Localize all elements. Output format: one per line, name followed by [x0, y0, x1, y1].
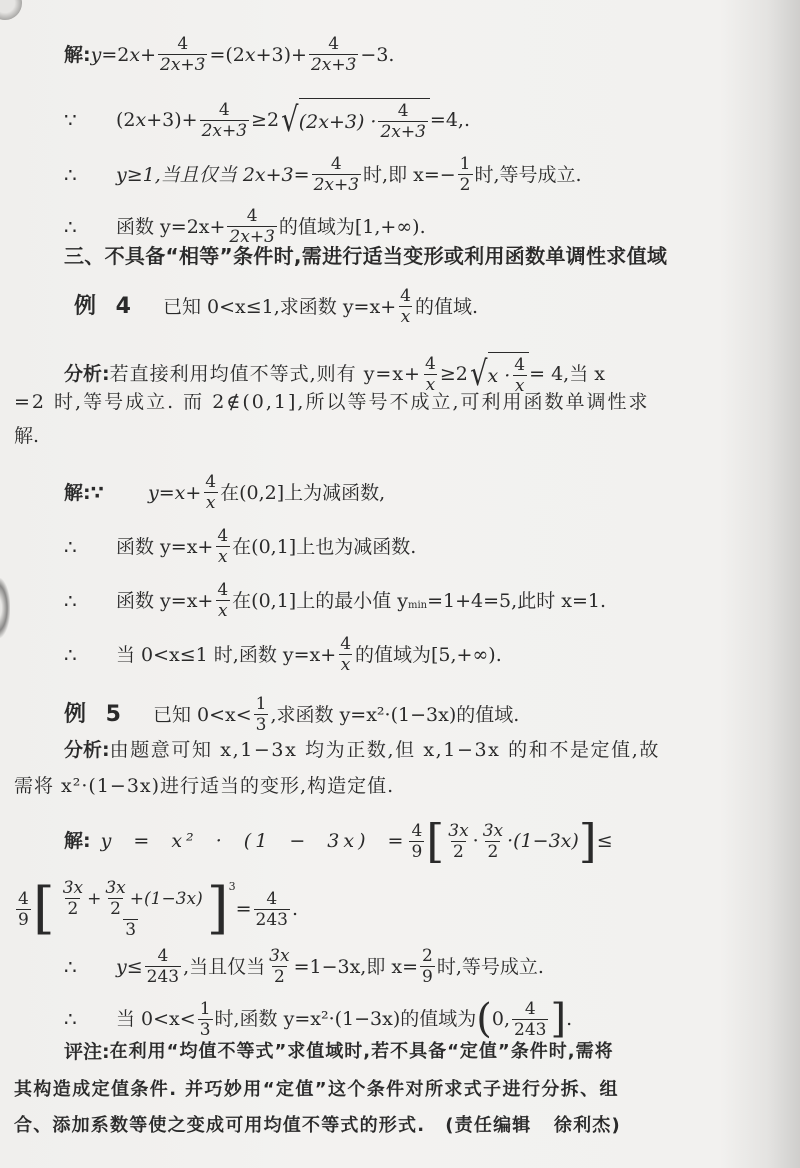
fraction: 49 [16, 889, 31, 930]
example-4-analysis-2: =2 时,等号成立. 而 2∉(0,1],所以等号不成立,可利用函数单调性求 [14, 390, 649, 414]
example-4-solution-4: ∴ 当 0<x≤1 时,函数 y=x+ 4x 的值域为[5,+∞). [64, 634, 502, 675]
fraction: 42x+3 [312, 154, 361, 195]
comment-line-3: 合、添加系数等使之变成可用均值不等式的形式. (责任编辑 徐利杰) [14, 1114, 621, 1138]
example-5-analysis-2: 需将 x²·(1−3x)进行适当的变形,构造定值. [14, 774, 394, 798]
binding-hole-top [0, 0, 22, 20]
example-5-problem: 例 5 已知 0<x< 13 ,求函数 y=x²·(1−3x)的值域. [64, 694, 519, 735]
example-5-analysis-1: 分析: 由题意可知 x,1−3x 均为正数,但 x,1−3x 的和不是定值,故 [64, 738, 660, 762]
fraction: 12 [458, 154, 473, 195]
fraction: 13 [254, 694, 269, 735]
fraction: 42x+3 [200, 100, 249, 141]
fraction: 42x+3 [309, 34, 358, 75]
example-4-analysis-3: 解. [14, 424, 39, 448]
comment-line-1: 评注: 在利用“均值不等式”求值域时,若不具备“定值”条件时,需将 [64, 1040, 614, 1064]
section-heading: 三、不具备“相等”条件时,需进行适当变形或利用函数单调性求值域 [64, 244, 667, 268]
example-4-solution-2: ∴ 函数 y=x+ 4x 在(0,1]上也为减函数. [64, 526, 416, 567]
fraction: 49 [409, 821, 424, 862]
binding-hole-side [0, 578, 10, 638]
example-5-solution-3: ∴ y≤ 4243 ,当且仅当 3x2 =1−3x,即 x= 29 时,等号成立… [64, 946, 544, 987]
solution-line-1: 解: y=2x+ 42x+3 =(2x+3)+ 42x+3 −3. [64, 34, 394, 75]
comment-line-2: 其构造成定值条件. 并巧妙用“定值”这个条件对所求式子进行分拆、组 [14, 1078, 619, 1102]
example-4-solution-1: 解:∵ y=x+ 4x 在(0,2]上为减函数, [64, 472, 385, 513]
fraction: 42x+3 [227, 206, 276, 247]
example-5-solution-1: 解: y = x² · (1 − 3x) = 49 [ 3x2· 3x2 ·(1… [64, 818, 613, 864]
editor-credit: (责任编辑 徐利杰) [445, 1114, 621, 1138]
fraction: 4x [215, 580, 230, 621]
fraction: 4x [215, 526, 230, 567]
fraction: 4x [338, 634, 353, 675]
solution-line-3: ∴ y≥1,当且仅当 2x+3= 42x+3 时,即 x=− 12 时,等号成立… [64, 154, 582, 195]
example-4-solution-3: ∴ 函数 y=x+ 4x 在(0,1]上的最小值 ymin=1+4=5,此时 x… [64, 580, 606, 621]
square-root: √(2x+3) · 42x+3 [279, 98, 430, 142]
fraction: 4x [203, 472, 218, 513]
fraction: 42x+3 [158, 34, 207, 75]
example-5-solution-2: 49 [ 3x2+ 3x2+(1−3x) 3 ]3 = 4243. [14, 878, 298, 940]
example-5-solution-4: ∴ 当 0<x< 13 时,函数 y=x²·(1−3x)的值域为 (0, 424… [64, 996, 572, 1042]
example-4-problem: 例 4 已知 0<x≤1,求函数 y=x+ 4x 的值域. [74, 286, 478, 327]
solution-line-4: ∴ 函数 y=2x+ 42x+3 的值域为[1,+∞). [64, 206, 426, 247]
fraction: 4x [423, 354, 438, 395]
solution-line-2: ∵ (2x+3)+ 42x+3 ≥2 √(2x+3) · 42x+3 =4,. [64, 98, 470, 142]
fraction: 4x [398, 286, 413, 327]
scanned-page: 解: y=2x+ 42x+3 =(2x+3)+ 42x+3 −3. ∵ (2x+… [0, 0, 800, 1168]
